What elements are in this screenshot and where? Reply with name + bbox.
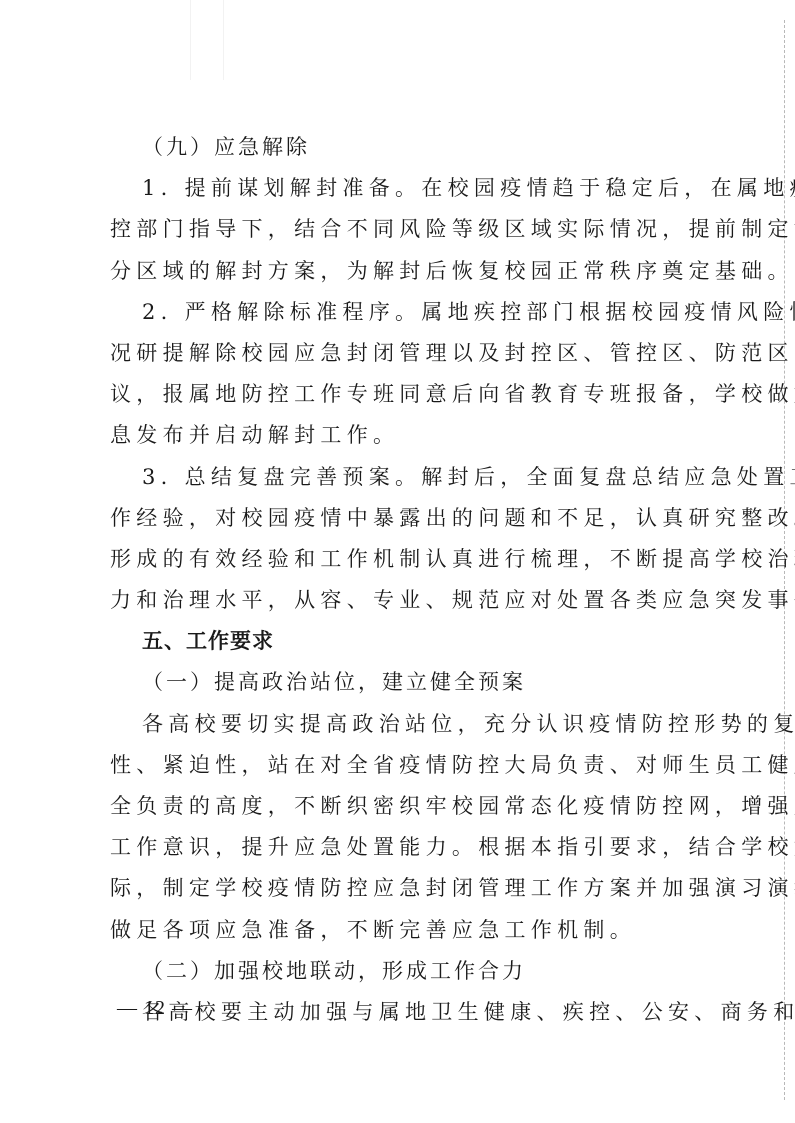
paragraph-line: 1. 提前谋划解封准备。在校园疫情趋于稳定后，在属地疾 xyxy=(110,168,684,209)
paragraph-line: 息发布并启动解封工作。 xyxy=(110,415,684,456)
section-heading-emergency-lift: （九）应急解除 xyxy=(110,127,684,168)
paragraph-line: 控部门指导下，结合不同风险等级区域实际情况，提前制定详细 xyxy=(110,209,684,250)
paragraph-line: 性、紧迫性，站在对全省疫情防控大局负责、对师生员工健康安 xyxy=(110,745,684,786)
document-page: （九）应急解除 1. 提前谋划解封准备。在校园疫情趋于稳定后，在属地疾 控部门指… xyxy=(0,0,795,1123)
paragraph-line: 况研提解除校园应急封闭管理以及封控区、管控区、防范区的建 xyxy=(110,333,684,374)
scan-artifact-line xyxy=(223,0,224,80)
paragraph-line: 力和治理水平，从容、专业、规范应对处置各类应急突发事件。 xyxy=(110,580,684,621)
paragraph-line: 工作意识，提升应急处置能力。根据本指引要求，结合学校实 xyxy=(110,827,684,868)
document-body: （九）应急解除 1. 提前谋划解封准备。在校园疫情趋于稳定后，在属地疾 控部门指… xyxy=(110,127,684,1033)
subsection-heading: （二）加强校地联动，形成工作合力 xyxy=(110,951,684,992)
paragraph-line: 做足各项应急准备，不断完善应急工作机制。 xyxy=(110,910,684,951)
paragraph-line: 议，报属地防控工作专班同意后向省教育专班报备，学校做好信 xyxy=(110,374,684,415)
paragraph-line: 各高校要切实提高政治站位，充分认识疫情防控形势的复杂 xyxy=(110,704,684,745)
paragraph-line: 2. 严格解除标准程序。属地疾控部门根据校园疫情风险情 xyxy=(110,292,684,333)
paragraph-line: 际，制定学校疫情防控应急封闭管理工作方案并加强演习演练， xyxy=(110,868,684,909)
page-number: — 12 — xyxy=(117,997,193,1020)
section-heading-work-requirements: 五、工作要求 xyxy=(110,621,684,662)
paragraph-line: 形成的有效经验和工作机制认真进行梳理，不断提高学校治理能 xyxy=(110,539,684,580)
paragraph-line: 全负责的高度，不断织密织牢校园常态化疫情防控网，增强应急 xyxy=(110,786,684,827)
paragraph-line: 分区域的解封方案，为解封后恢复校园正常秩序奠定基础。 xyxy=(110,251,684,292)
paragraph-line: 各高校要主动加强与属地卫生健康、疾控、公安、商务和街 xyxy=(110,992,684,1033)
paragraph-line: 作经验，对校园疫情中暴露出的问题和不足，认真研究整改。对 xyxy=(110,498,684,539)
subsection-heading: （一）提高政治站位，建立健全预案 xyxy=(110,662,684,703)
scan-artifact-line xyxy=(190,0,191,80)
paragraph-line: 3. 总结复盘完善预案。解封后，全面复盘总结应急处置工 xyxy=(110,457,684,498)
